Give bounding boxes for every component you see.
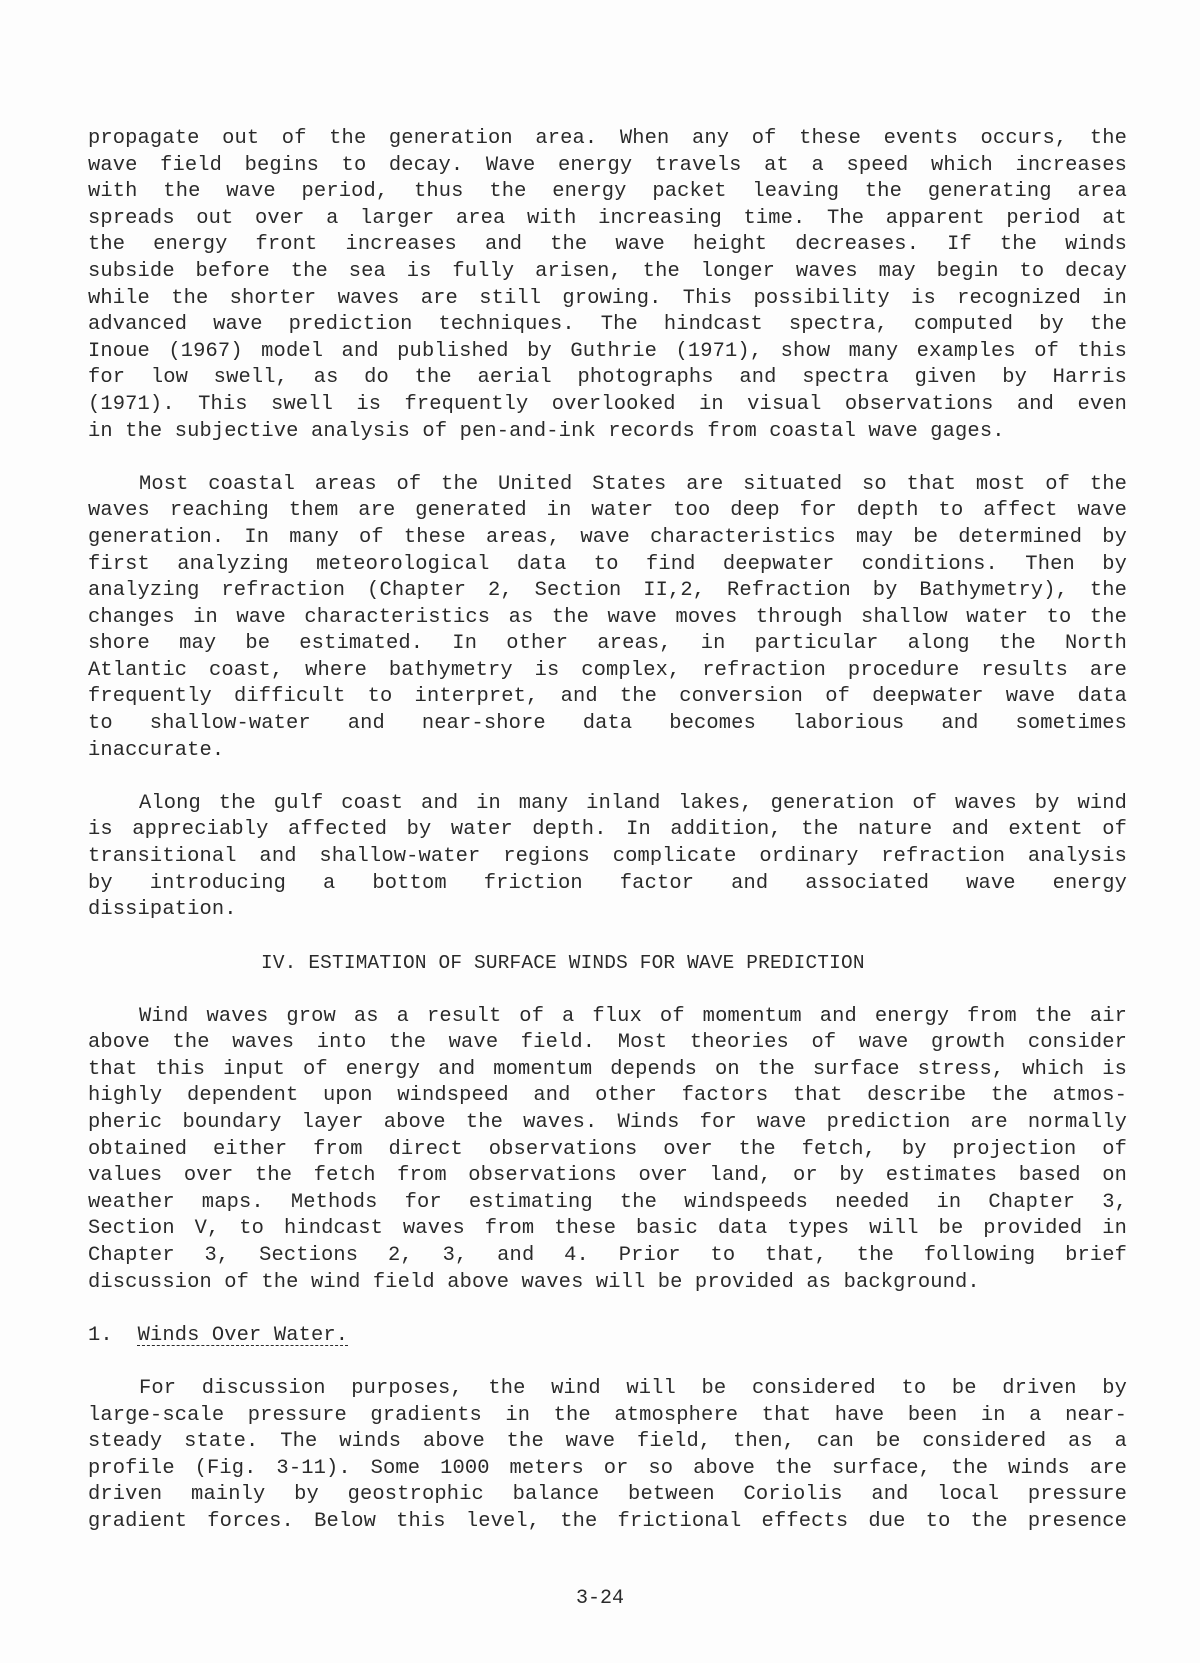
subsection-heading: 1. Winds Over Water.: [88, 1323, 1127, 1350]
text-line: is appreciably affected by water depth. …: [88, 817, 1127, 844]
text-line: values over the fetch from observations …: [88, 1163, 1127, 1190]
document-page: propagate out of the generation area. Wh…: [88, 126, 1127, 1535]
spacer: [88, 764, 1127, 791]
text-line: inaccurate.: [88, 738, 1127, 765]
text-line: pheric boundary layer above the waves. W…: [88, 1110, 1127, 1137]
text-line: with the wave period, thus the energy pa…: [88, 179, 1127, 206]
spacer: [88, 1349, 1127, 1376]
paragraph: For discussion purposes, the wind will b…: [88, 1376, 1127, 1536]
text-line: Along the gulf coast and in many inland …: [88, 791, 1127, 818]
paragraph: Most coastal areas of the United States …: [88, 472, 1127, 765]
paragraph: propagate out of the generation area. Wh…: [88, 126, 1127, 445]
text-line: by introducing a bottom friction factor …: [88, 871, 1127, 898]
paragraph: Along the gulf coast and in many inland …: [88, 791, 1127, 924]
spacer: [88, 924, 1127, 951]
text-line: generation. In many of these areas, wave…: [88, 525, 1127, 552]
text-line: dissipation.: [88, 897, 1127, 924]
text-line: wave field begins to decay. Wave energy …: [88, 153, 1127, 180]
text-line: Inoue (1967) model and published by Guth…: [88, 339, 1127, 366]
subsection-body-text: For discussion purposes, the wind will b…: [88, 1376, 1127, 1536]
page-number: 3-24: [0, 1587, 1200, 1610]
text-line: transitional and shallow-water regions c…: [88, 844, 1127, 871]
spacer: [88, 977, 1127, 1004]
section-body-text: Wind waves grow as a result of a flux of…: [88, 1004, 1127, 1297]
text-line: the energy front increases and the wave …: [88, 232, 1127, 259]
subsection-number: 1.: [88, 1324, 113, 1347]
text-line: For discussion purposes, the wind will b…: [88, 1376, 1127, 1403]
text-line: gradient forces. Below this level, the f…: [88, 1509, 1127, 1536]
text-line: highly dependent upon windspeed and othe…: [88, 1083, 1127, 1110]
spacer: [88, 1296, 1127, 1323]
text-line: weather maps. Methods for estimating the…: [88, 1190, 1127, 1217]
text-line: profile (Fig. 3-11). Some 1000 meters or…: [88, 1456, 1127, 1483]
text-line: shore may be estimated. In other areas, …: [88, 631, 1127, 658]
text-line: Atlantic coast, where bathymetry is comp…: [88, 658, 1127, 685]
text-line: Most coastal areas of the United States …: [88, 472, 1127, 499]
text-line: above the waves into the wave field. Mos…: [88, 1030, 1127, 1057]
section-heading: IV. ESTIMATION OF SURFACE WINDS FOR WAVE…: [88, 950, 1127, 977]
text-line: to shallow-water and near-shore data bec…: [88, 711, 1127, 738]
text-line: propagate out of the generation area. Wh…: [88, 126, 1127, 153]
text-line: changes in wave characteristics as the w…: [88, 605, 1127, 632]
text-line: advanced wave prediction techniques. The…: [88, 312, 1127, 339]
text-line: while the shorter waves are still growin…: [88, 286, 1127, 313]
text-line: discussion of the wind field above waves…: [88, 1270, 1127, 1297]
spacer: [88, 445, 1127, 472]
text-line: waves reaching them are generated in wat…: [88, 498, 1127, 525]
text-line: subside before the sea is fully arisen, …: [88, 259, 1127, 286]
paragraph: Wind waves grow as a result of a flux of…: [88, 1004, 1127, 1297]
subsection-title: Winds Over Water.: [138, 1324, 349, 1347]
text-line: driven mainly by geostrophic balance bet…: [88, 1482, 1127, 1509]
text-line: in the subjective analysis of pen-and-in…: [88, 419, 1127, 446]
text-line: analyzing refraction (Chapter 2, Section…: [88, 578, 1127, 605]
text-line: frequently difficult to interpret, and t…: [88, 684, 1127, 711]
body-text-top: propagate out of the generation area. Wh…: [88, 126, 1127, 924]
text-line: that this input of energy and momentum d…: [88, 1057, 1127, 1084]
text-line: Wind waves grow as a result of a flux of…: [88, 1004, 1127, 1031]
text-line: Chapter 3, Sections 2, 3, and 4. Prior t…: [88, 1243, 1127, 1270]
text-line: Section V, to hindcast waves from these …: [88, 1216, 1127, 1243]
text-line: spreads out over a larger area with incr…: [88, 206, 1127, 233]
text-line: (1971). This swell is frequently overloo…: [88, 392, 1127, 419]
text-line: obtained either from direct observations…: [88, 1137, 1127, 1164]
text-line: first analyzing meteorological data to f…: [88, 552, 1127, 579]
text-line: for low swell, as do the aerial photogra…: [88, 365, 1127, 392]
text-line: steady state. The winds above the wave f…: [88, 1429, 1127, 1456]
text-line: large-scale pressure gradients in the at…: [88, 1403, 1127, 1430]
